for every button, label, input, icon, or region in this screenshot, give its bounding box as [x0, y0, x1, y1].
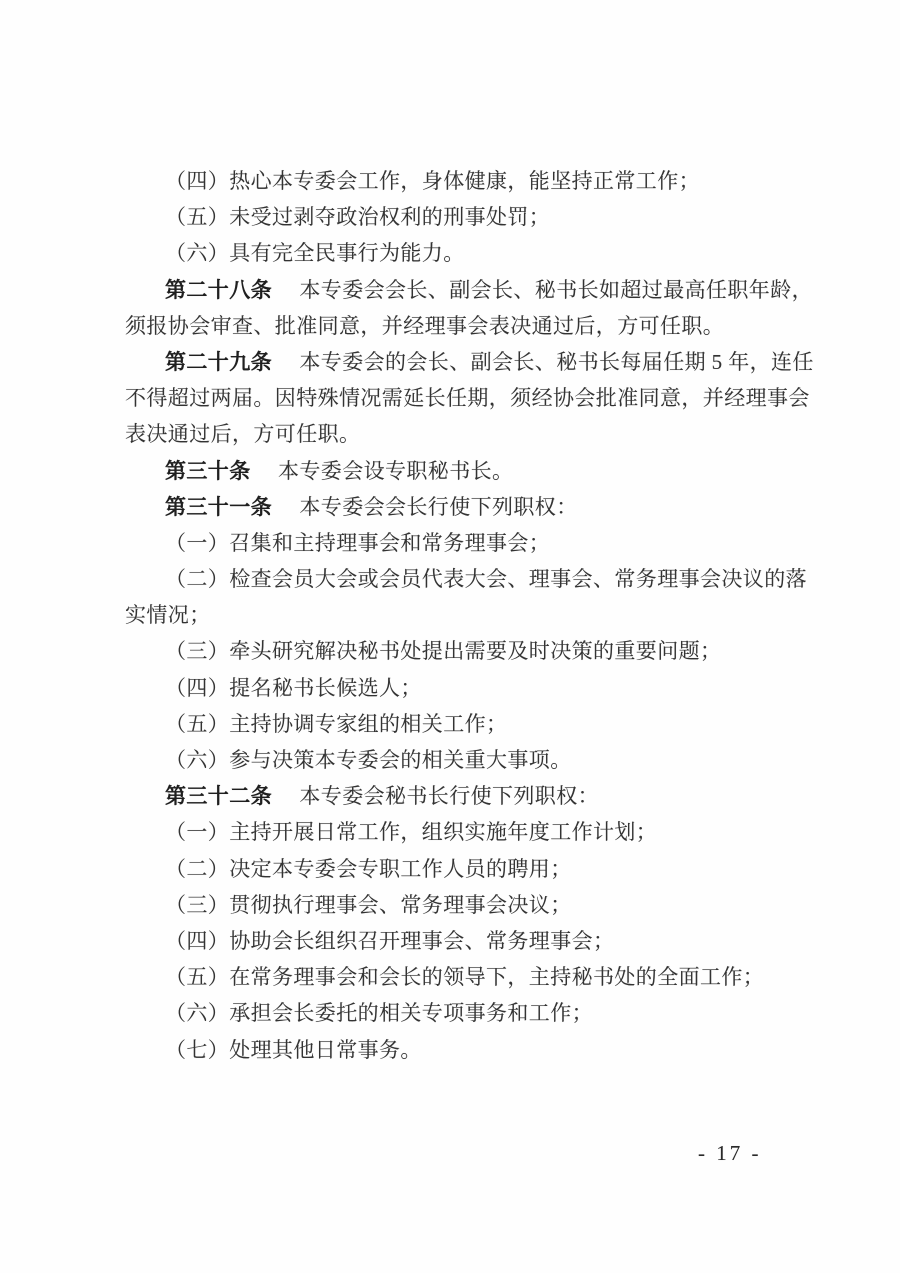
- text-line: 第二十九条 本专委会的会长、副会长、秘书长每届任期 5 年，连任: [125, 344, 790, 380]
- text-line: 表决通过后，方可任职。: [125, 416, 790, 452]
- text-line: 第三十条 本专委会设专职秘书长。: [125, 453, 790, 489]
- text-line: （六）参与决策本专委会的相关重大事项。: [125, 742, 790, 778]
- text-segment: （四）提名秘书长候选人；: [165, 676, 422, 700]
- text-segment: （二）决定本专委会专职工作人员的聘用；: [165, 857, 572, 881]
- article-number: 第三十条: [165, 459, 251, 483]
- text-segment: 本专委会的会长、副会长、秘书长每届任期 5 年，连任: [278, 350, 814, 374]
- text-segment: 本专委会会长、副会长、秘书长如超过最高任职年龄，: [278, 278, 813, 302]
- article-number: 第三十一条: [165, 495, 272, 519]
- text-line: （六）具有完全民事行为能力。: [125, 235, 790, 271]
- text-segment: （一）主持开展日常工作，组织实施年度工作计划；: [165, 820, 657, 844]
- text-line: （五）未受过剥夺政治权利的刑事处罚；: [125, 199, 790, 235]
- text-segment: （一）召集和主持理事会和常务理事会；: [165, 531, 550, 555]
- text-line: （一）主持开展日常工作，组织实施年度工作计划；: [125, 814, 790, 850]
- text-line: 第三十二条 本专委会秘书长行使下列职权：: [125, 778, 790, 814]
- text-line: （二）检查会员大会或会员代表大会、理事会、常务理事会决议的落: [125, 561, 790, 597]
- text-segment: 实情况；: [125, 603, 211, 627]
- article-number: 第二十八条: [165, 278, 272, 302]
- text-segment: （三）贯彻执行理事会、常务理事会决议；: [165, 893, 572, 917]
- text-line: （四）提名秘书长候选人；: [125, 670, 790, 706]
- text-segment: 表决通过后，方可任职。: [125, 422, 360, 446]
- text-segment: （五）在常务理事会和会长的领导下，主持秘书处的全面工作；: [165, 965, 764, 989]
- text-line: （一）召集和主持理事会和常务理事会；: [125, 525, 790, 561]
- text-line: （三）牵头研究解决秘书处提出需要及时决策的重要问题；: [125, 633, 790, 669]
- text-segment: 本专委会设专职秘书长。: [257, 459, 514, 483]
- text-line: （二）决定本专委会专职工作人员的聘用；: [125, 851, 790, 887]
- text-segment: （六）具有完全民事行为能力。: [165, 241, 465, 265]
- text-line: 第二十八条 本专委会会长、副会长、秘书长如超过最高任职年龄，: [125, 272, 790, 308]
- text-line: 第三十一条 本专委会会长行使下列职权：: [125, 489, 790, 525]
- article-number: 第三十二条: [165, 784, 272, 808]
- document-page: （四）热心本专委会工作，身体健康，能坚持正常工作；（五）未受过剥夺政治权利的刑事…: [0, 0, 900, 1273]
- text-segment: （四）协助会长组织召开理事会、常务理事会；: [165, 929, 614, 953]
- text-line: 须报协会审查、批准同意，并经理事会表决通过后，方可任职。: [125, 308, 790, 344]
- document-body: （四）热心本专委会工作，身体健康，能坚持正常工作；（五）未受过剥夺政治权利的刑事…: [125, 163, 790, 1068]
- text-segment: （四）热心本专委会工作，身体健康，能坚持正常工作；: [165, 169, 700, 193]
- text-segment: （五）未受过剥夺政治权利的刑事处罚；: [165, 205, 550, 229]
- article-number: 第二十九条: [165, 350, 272, 374]
- text-line: （四）热心本专委会工作，身体健康，能坚持正常工作；: [125, 163, 790, 199]
- text-segment: （五）主持协调专家组的相关工作；: [165, 712, 507, 736]
- text-line: （五）在常务理事会和会长的领导下，主持秘书处的全面工作；: [125, 959, 790, 995]
- text-segment: 须报协会审查、批准同意，并经理事会表决通过后，方可任职。: [125, 314, 724, 338]
- text-line: （四）协助会长组织召开理事会、常务理事会；: [125, 923, 790, 959]
- page-number: - 17 -: [698, 1141, 762, 1166]
- text-line: （五）主持协调专家组的相关工作；: [125, 706, 790, 742]
- text-line: （七）处理其他日常事务。: [125, 1032, 790, 1068]
- text-segment: 本专委会会长行使下列职权：: [278, 495, 578, 519]
- text-line: （六）承担会长委托的相关专项事务和工作；: [125, 995, 790, 1031]
- text-segment: （七）处理其他日常事务。: [165, 1038, 422, 1062]
- text-segment: （二）检查会员大会或会员代表大会、理事会、常务理事会决议的落: [165, 567, 807, 591]
- text-line: （三）贯彻执行理事会、常务理事会决议；: [125, 887, 790, 923]
- text-segment: （六）承担会长委托的相关专项事务和工作；: [165, 1001, 593, 1025]
- text-segment: （六）参与决策本专委会的相关重大事项。: [165, 748, 572, 772]
- text-line: 实情况；: [125, 597, 790, 633]
- text-segment: 本专委会秘书长行使下列职权：: [278, 784, 599, 808]
- text-segment: （三）牵头研究解决秘书处提出需要及时决策的重要问题；: [165, 639, 721, 663]
- text-segment: 不得超过两届。因特殊情况需延长任期，须经协会批准同意，并经理事会: [125, 386, 810, 410]
- text-line: 不得超过两届。因特殊情况需延长任期，须经协会批准同意，并经理事会: [125, 380, 790, 416]
